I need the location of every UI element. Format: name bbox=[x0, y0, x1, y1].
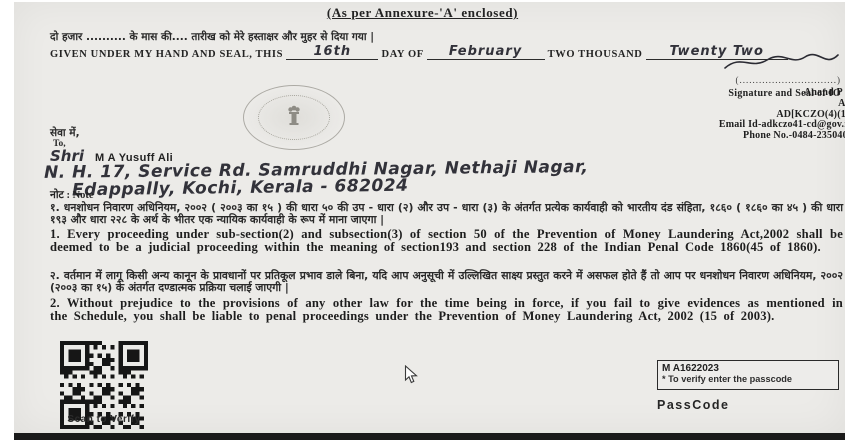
para-1-hindi: १. धनशोधन निवारण अधिनियम, २००२ ( २००३ का… bbox=[50, 202, 843, 226]
mouse-cursor-icon bbox=[404, 365, 418, 390]
official-seal-icon bbox=[243, 85, 345, 150]
annexure-title: (As per Annexure-'A' enclosed) bbox=[0, 5, 845, 21]
seva-mein-label: सेवा में, bbox=[50, 126, 80, 140]
passcode-box: M A1622023 * To verify enter the passcod… bbox=[657, 360, 839, 390]
hindi-seal-line: दो हजार .......... के मास की.... तारीख क… bbox=[50, 30, 374, 44]
qr-caption: Scan to Verify bbox=[48, 414, 160, 425]
signature-squiggle-icon bbox=[721, 59, 841, 76]
handwritten-month: February bbox=[449, 44, 522, 59]
passcode-code: M A1622023 bbox=[662, 363, 834, 374]
handwritten-day: 16th bbox=[314, 44, 352, 59]
officer-phone: Phone No.-0484-2350402 bbox=[719, 131, 845, 142]
passcode-label: PassCode bbox=[657, 398, 729, 412]
day-of-label: DAY OF bbox=[382, 49, 424, 60]
ashoka-emblem-icon bbox=[286, 104, 302, 131]
given-under-hand-line: GIVEN UNDER MY HAND AND SEAL, THIS 16th … bbox=[50, 44, 788, 60]
para-2-english: 2. Without prejudice to the provisions o… bbox=[50, 297, 843, 324]
month-blank: February bbox=[427, 44, 545, 60]
officer-name: Anand P K bbox=[719, 88, 845, 99]
note-label: नोट : Note bbox=[50, 188, 94, 202]
bottom-black-bar bbox=[14, 433, 845, 440]
scanned-document-page: (As per Annexure-'A' enclosed) दो हजार .… bbox=[0, 0, 845, 440]
signature-dashes: (..............................) bbox=[721, 77, 841, 83]
day-blank: 16th bbox=[286, 44, 378, 60]
two-thousand-label: TWO THOUSAND bbox=[548, 49, 643, 60]
given-prefix-label: GIVEN UNDER MY HAND AND SEAL, THIS bbox=[50, 49, 283, 60]
para-1-english: 1. Every proceeding under sub-section(2)… bbox=[50, 228, 843, 255]
para-2-hindi: २. वर्तमान में लागू किसी अन्य कानून के प… bbox=[50, 270, 843, 294]
officer-designation: AD bbox=[719, 99, 845, 110]
officer-contact-block: Anand P K AD AD[KCZO(4)(1)] Email Id-adk… bbox=[719, 88, 845, 142]
passcode-hint: * To verify enter the passcode bbox=[662, 374, 834, 385]
